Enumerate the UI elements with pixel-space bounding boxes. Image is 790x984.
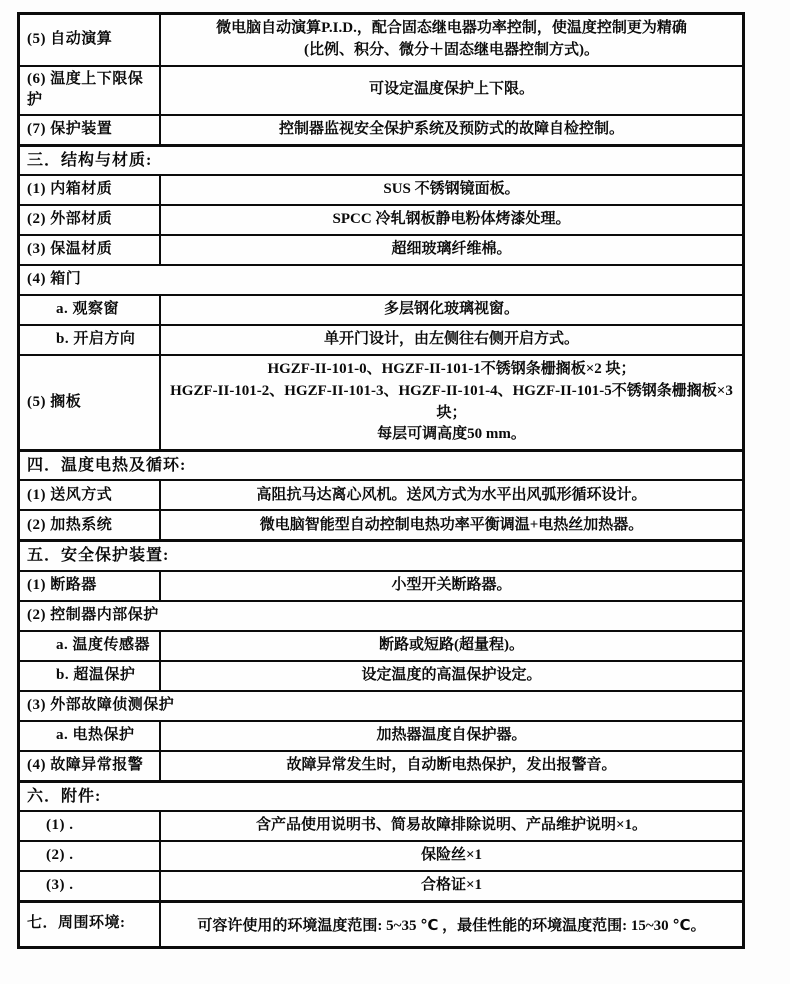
content-line: HGZF-II-101-0、HGZF-II-101-1不锈钢条栅搁板×2 块；: [169, 359, 734, 381]
row-content: 加热器温度自保护器。: [161, 722, 742, 750]
table-row: (4) 箱门: [20, 264, 742, 294]
row-content: SUS 不锈钢镜面板。: [161, 176, 742, 204]
row-label: b. 超温保护: [20, 662, 161, 690]
content-line: 超细玻璃纤维棉。: [169, 239, 734, 261]
row-label-full: (3) 外部故障侦测保护: [20, 692, 742, 720]
content-line: 微电脑智能型自动控制电热功率平衡调温+电热丝加热器。: [169, 515, 734, 537]
content-line: 设定温度的高温保护设定。: [169, 665, 734, 687]
table-row: (5) 自动演算微电脑自动演算P.I.D.，配合固态继电器功率控制，使温度控制更…: [20, 15, 742, 65]
section-header: 五．安全保护装置:: [20, 542, 742, 569]
table-row: (2) 外部材质SPCC 冷轧钢板静电粉体烤漆处理。: [20, 204, 742, 234]
row-label: (1) 送风方式: [20, 481, 161, 509]
table-row: (7) 保护装置控制器监视安全保护系统及预防式的故障自检控制。: [20, 114, 742, 144]
table-row: (4) 故障异常报警故障异常发生时，自动断电热保护，发出报警音。: [20, 750, 742, 780]
row-label: (5) 自动演算: [20, 15, 161, 65]
document-page: (5) 自动演算微电脑自动演算P.I.D.，配合固态继电器功率控制，使温度控制更…: [0, 0, 790, 984]
table-row: a. 电热保护加热器温度自保护器。: [20, 720, 742, 750]
table-row: 四．温度电热及循环:: [20, 449, 742, 479]
row-content: 微电脑自动演算P.I.D.，配合固态继电器功率控制，使温度控制更为精确(比例、积…: [161, 15, 742, 65]
content-line: 小型开关断路器。: [169, 575, 734, 597]
row-label: a. 观察窗: [20, 296, 161, 324]
table-row: b. 超温保护设定温度的高温保护设定。: [20, 660, 742, 690]
row-label: (1) .: [20, 812, 161, 840]
content-line: SPCC 冷轧钢板静电粉体烤漆处理。: [169, 209, 734, 231]
content-line: (比例、积分、微分＋固态继电器控制方式)。: [169, 40, 734, 62]
row-label: (3) 保温材质: [20, 236, 161, 264]
content-line: 每层可调高度50 mm。: [169, 424, 734, 446]
table-row: 三．结构与材质:: [20, 144, 742, 174]
spec-table: (5) 自动演算微电脑自动演算P.I.D.，配合固态继电器功率控制，使温度控制更…: [17, 12, 745, 949]
row-content: 可设定温度保护上下限。: [161, 67, 742, 115]
row-content: 高阻抗马达离心风机。送风方式为水平出风弧形循环设计。: [161, 481, 742, 509]
row-content: 含产品使用说明书、简易故障排除说明、产品维护说明×1。: [161, 812, 742, 840]
row-content: 可容许使用的环境温度范围: 5~35 ℃ ，最佳性能的环境温度范围: 15~30…: [161, 903, 742, 946]
row-label-full: (2) 控制器内部保护: [20, 602, 742, 630]
content-line: HGZF-II-101-2、HGZF-II-101-3、HGZF-II-101-…: [169, 381, 734, 425]
table-row: (1) 送风方式高阻抗马达离心风机。送风方式为水平出风弧形循环设计。: [20, 479, 742, 509]
content-line: 可容许使用的环境温度范围: 5~35 ℃ ，最佳性能的环境温度范围: 15~30…: [169, 916, 734, 938]
row-content: 故障异常发生时，自动断电热保护，发出报警音。: [161, 752, 742, 780]
row-label: b. 开启方向: [20, 326, 161, 354]
row-label: (2) .: [20, 842, 161, 870]
content-line: 单开门设计，由左侧往右侧开启方式。: [169, 329, 734, 351]
table-row: 六．附件:: [20, 780, 742, 810]
content-line: 加热器温度自保护器。: [169, 725, 734, 747]
content-line: 保险丝×1: [169, 845, 734, 867]
table-row: b. 开启方向单开门设计，由左侧往右侧开启方式。: [20, 324, 742, 354]
table-row: (1) 内箱材质SUS 不锈钢镜面板。: [20, 174, 742, 204]
table-row: (3) 外部故障侦测保护: [20, 690, 742, 720]
row-content: 断路或短路(超量程)。: [161, 632, 742, 660]
section-header: 六．附件:: [20, 783, 742, 810]
row-content: 控制器监视安全保护系统及预防式的故障自检控制。: [161, 116, 742, 144]
table-row: (1) .含产品使用说明书、简易故障排除说明、产品维护说明×1。: [20, 810, 742, 840]
table-row: (3) .合格证×1: [20, 870, 742, 900]
table-row: (2) 加热系统微电脑智能型自动控制电热功率平衡调温+电热丝加热器。: [20, 509, 742, 539]
content-line: 故障异常发生时，自动断电热保护，发出报警音。: [169, 755, 734, 777]
row-label: (2) 加热系统: [20, 511, 161, 539]
row-content: 超细玻璃纤维棉。: [161, 236, 742, 264]
content-line: 微电脑自动演算P.I.D.，配合固态继电器功率控制，使温度控制更为精确: [169, 18, 734, 40]
table-row: (5) 搁板HGZF-II-101-0、HGZF-II-101-1不锈钢条栅搁板…: [20, 354, 742, 449]
table-row: 五．安全保护装置:: [20, 539, 742, 569]
row-label: (1) 断路器: [20, 572, 161, 600]
row-label-full: (4) 箱门: [20, 266, 742, 294]
row-content: HGZF-II-101-0、HGZF-II-101-1不锈钢条栅搁板×2 块；H…: [161, 356, 742, 449]
row-label: (4) 故障异常报警: [20, 752, 161, 780]
row-label: (7) 保护装置: [20, 116, 161, 144]
row-content: 小型开关断路器。: [161, 572, 742, 600]
table-row: (6) 温度上下限保护可设定温度保护上下限。: [20, 65, 742, 115]
section-header: 三．结构与材质:: [20, 147, 742, 174]
table-row: a. 观察窗多层钢化玻璃视窗。: [20, 294, 742, 324]
row-label: (1) 内箱材质: [20, 176, 161, 204]
row-label: (5) 搁板: [20, 356, 161, 449]
row-content: 合格证×1: [161, 872, 742, 900]
row-label: a. 电热保护: [20, 722, 161, 750]
row-label: 七．周围环境:: [20, 903, 161, 946]
content-line: 多层钢化玻璃视窗。: [169, 299, 734, 321]
row-content: 单开门设计，由左侧往右侧开启方式。: [161, 326, 742, 354]
row-label: (6) 温度上下限保护: [20, 67, 161, 115]
row-label: (2) 外部材质: [20, 206, 161, 234]
content-line: 含产品使用说明书、简易故障排除说明、产品维护说明×1。: [169, 815, 734, 837]
content-line: 断路或短路(超量程)。: [169, 635, 734, 657]
content-line: 合格证×1: [169, 875, 734, 897]
row-content: 保险丝×1: [161, 842, 742, 870]
row-label: (3) .: [20, 872, 161, 900]
row-content: 微电脑智能型自动控制电热功率平衡调温+电热丝加热器。: [161, 511, 742, 539]
row-label: a. 温度传感器: [20, 632, 161, 660]
content-line: SUS 不锈钢镜面板。: [169, 179, 734, 201]
table-row: (1) 断路器小型开关断路器。: [20, 570, 742, 600]
table-row: 七．周围环境:可容许使用的环境温度范围: 5~35 ℃ ，最佳性能的环境温度范围…: [20, 900, 742, 946]
table-row: (2) 控制器内部保护: [20, 600, 742, 630]
content-line: 控制器监视安全保护系统及预防式的故障自检控制。: [169, 119, 734, 141]
table-row: (3) 保温材质超细玻璃纤维棉。: [20, 234, 742, 264]
content-line: 可设定温度保护上下限。: [169, 79, 734, 101]
section-header: 四．温度电热及循环:: [20, 452, 742, 479]
row-content: 多层钢化玻璃视窗。: [161, 296, 742, 324]
table-row: a. 温度传感器断路或短路(超量程)。: [20, 630, 742, 660]
content-line: 高阻抗马达离心风机。送风方式为水平出风弧形循环设计。: [169, 485, 734, 507]
row-content: SPCC 冷轧钢板静电粉体烤漆处理。: [161, 206, 742, 234]
row-content: 设定温度的高温保护设定。: [161, 662, 742, 690]
table-row: (2) .保险丝×1: [20, 840, 742, 870]
